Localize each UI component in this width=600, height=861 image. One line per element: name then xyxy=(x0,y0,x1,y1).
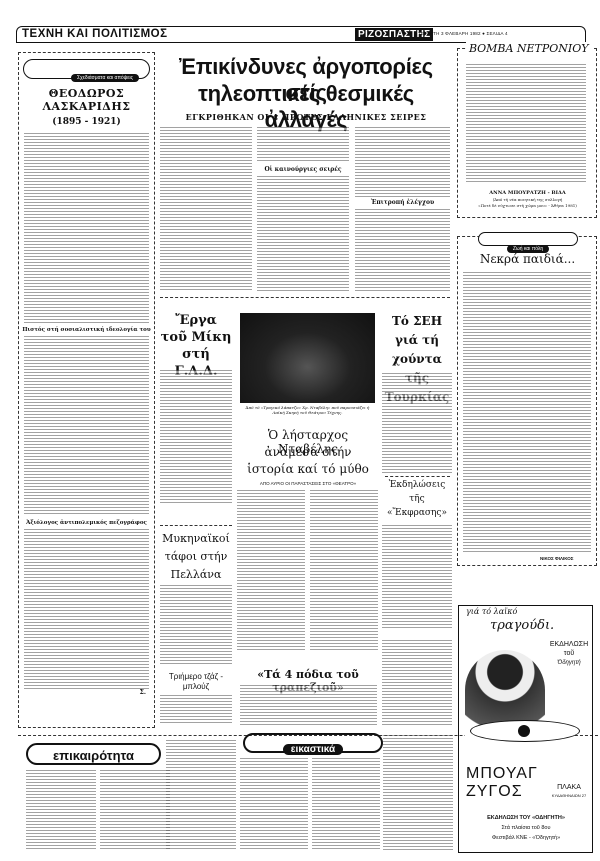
subhead: Ἀξιόλογος ἀντιπολεμικός πεζογράφος xyxy=(19,520,154,526)
epikairotita-col-2 xyxy=(100,770,170,850)
divider xyxy=(160,297,450,298)
main-story-section-2: Ἐπιτροπή ἐλέγχου xyxy=(355,199,450,206)
news-col xyxy=(166,740,236,850)
ntavelis-title-3: ἱστορία καί τό μύθο xyxy=(237,462,379,476)
poem-source-2: «Ποτέ δέ νύχτωσε στή χώρα μου» - Ἀθήνα 1… xyxy=(460,203,595,208)
main-story-col-3b xyxy=(355,209,450,292)
column-body xyxy=(463,272,591,552)
bouzouki-player-illustration xyxy=(465,650,545,760)
date-page-line: ΤΕΤΑΡΤΗ 3 ΦΛΕΒΑΡΗ 1982 ● ΣΕΛΙΔΑ 4 xyxy=(418,31,508,36)
column-author: ΝΙΚΟΣ ΦΙΛΙΚΟΣ xyxy=(540,556,573,561)
main-story-col-2 xyxy=(257,127,349,162)
advert-badge-2: Ὁδηγητή xyxy=(548,660,590,666)
advert-badge-1: ΕΚΔΗΛΩΣΗ τοῦ xyxy=(548,640,590,658)
rubric-pill: Σχεδιάσματα και απόψεις xyxy=(23,59,150,79)
divider xyxy=(160,525,232,526)
mykinaikoi-body xyxy=(160,585,232,665)
advert-venue-1: ΠΛΑΚΑ xyxy=(548,784,590,791)
epikairotita-header: επικαιρότητα xyxy=(26,743,161,765)
poem-title: ΒΟΜΒΑ ΝΕΤΡΟΝΙΟΥ xyxy=(466,42,592,55)
eikastika-col-2 xyxy=(312,758,380,850)
column-rubric-pill: Ζωή και πόλη xyxy=(478,232,578,246)
main-story-col-3 xyxy=(355,127,450,197)
body-text xyxy=(24,133,149,323)
ntavelis-body xyxy=(237,490,305,650)
divider xyxy=(385,476,450,477)
poem-author: ΑΝΝΑ ΜΠΟΥΡΑΤΖΗ - ΒΙΔΑ xyxy=(460,190,595,196)
main-subhead: ΕΓΚΡΙΘΗΚΑΝ ΟΙ 4 ΠΡΩΤΕΣ ΕΛΛΗΝΙΚΕΣ ΣΕΙΡΕΣ xyxy=(160,112,452,122)
trimero-body xyxy=(160,695,232,725)
advert-line-2: τραγούδι. xyxy=(490,618,554,633)
photo-caption: Ἀπό τό «Τραγικό λάπατζο» Χρ. Νταβέλη» πο… xyxy=(240,405,375,415)
bouzouki-soundhole-icon xyxy=(518,725,530,737)
advert-line-1: γιά τό λαϊκό xyxy=(466,607,517,616)
signature: Σ. xyxy=(19,689,154,696)
rubric-label: Σχεδιάσματα και απόψεις xyxy=(71,74,139,82)
theatre-photo xyxy=(240,313,375,403)
mikis-body xyxy=(160,370,232,505)
poem-text xyxy=(466,64,586,184)
advert-venue-2: ΚΥΔΑΘΗΝΑΙΩΝ 27 xyxy=(548,793,590,798)
ntavelis-sub: ΑΠΟ ΑΥΡΙΟ ΟΙ ΠΑΡΑΣΤΑΣΕΙΣ ΣΤΟ «ΘΕΑΤΡΟ» xyxy=(237,481,379,486)
body-text xyxy=(24,529,149,689)
column-title: Νεκρά παιδιά... xyxy=(460,252,595,266)
main-headline-line-2: τηλεοπτικές θεσμικές ἀλλαγές xyxy=(160,81,452,133)
body-text xyxy=(24,336,149,516)
kne-notes xyxy=(382,640,452,725)
eikastika-header: εικαστικά xyxy=(243,733,383,753)
advert-performer: ΜΠΟΥΑΓ ΖΥΓΟΣ xyxy=(466,765,551,801)
podia-body xyxy=(240,685,377,725)
section-title: ΤΕΧΝΗ ΚΑΙ ΠΟΛΙΤΙΣΜΟΣ xyxy=(22,28,168,40)
advert-footer-3: Φεστιβάλ ΚΝΕ - «Ὁδηγητή» xyxy=(460,835,592,841)
subhead: Πιστός στή σοσιαλιστική ιδεολογία του xyxy=(19,327,154,333)
ntavelis-body-2 xyxy=(310,490,378,650)
advert-footer-2: Στά πλαίσια τοῦ 8ου xyxy=(460,825,592,831)
main-story-col-1 xyxy=(160,127,252,292)
ekdiloseis-body xyxy=(382,525,452,630)
eikastika-col-1 xyxy=(240,758,308,850)
laskaridis-article: Σχεδιάσματα και απόψεις ΘΕΟΔΩΡΟΣ ΛΑΣΚΑΡΙ… xyxy=(18,52,155,728)
epikairotita-label: επικαιρότητα xyxy=(53,748,134,763)
mykinaikoi-title: Μυκηναϊκοί τάφοι στήν Πελλάνα xyxy=(160,530,232,584)
advert-footer-1: ΕΚΔΗΛΩΣΗ ΤΟΥ «ΟΔΗΓΗΤΗ» xyxy=(460,815,592,821)
ekdiloseis-title: Ἐκδηλώσεις τῆς «Ἔκφρασης» xyxy=(382,478,452,520)
eikastika-col-3 xyxy=(383,735,453,850)
poem-source-1: (Ἀπό τή νέα ποιητική της συλλογή xyxy=(460,197,595,202)
main-story-col-2b xyxy=(257,176,349,292)
article-years: (1895 - 1921) xyxy=(19,117,154,127)
main-story-section-1: Οἱ καινούργιες σειρές xyxy=(257,166,349,173)
seh-body xyxy=(382,373,452,473)
ntavelis-title-2: ἀνάμεσα στήν xyxy=(237,445,379,459)
article-title: ΘΕΟΔΩΡΟΣ ΛΑΣΚΑΡΙΔΗΣ xyxy=(19,87,154,113)
epikairotita-col-1 xyxy=(26,770,96,850)
eikastika-label: εικαστικά xyxy=(283,744,343,755)
trimero-title: Τριήμερο τζάζ - μπλούζ xyxy=(160,672,232,692)
